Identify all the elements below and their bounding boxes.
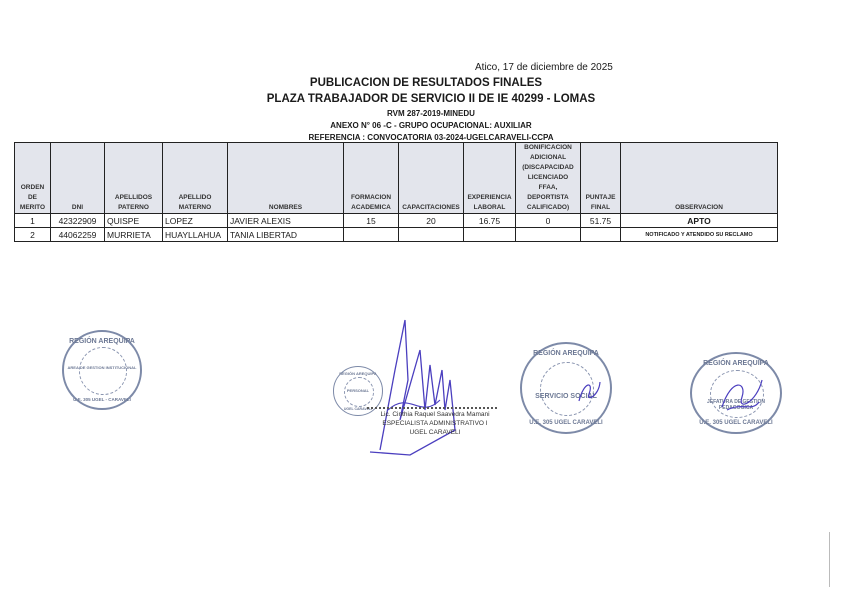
document-title: PUBLICACION DE RESULTADOS FINALES	[0, 77, 842, 89]
col-bonificacion: BONIFICACION ADICIONAL (DISCAPACIDAD LIC…	[516, 143, 581, 214]
seal-bottom-text: U.E. 305 UGEL - CARAVELI	[64, 397, 140, 402]
signature-line	[367, 407, 497, 409]
cell-puntaje	[581, 228, 621, 242]
cell-apellido-paterno: QUISPE	[105, 214, 163, 228]
cell-observacion: NOTIFICADO Y ATENDIDO SU RECLAMO	[621, 228, 778, 242]
initials-signature-icon	[717, 372, 767, 417]
rvm-reference: RVM 287-2019-MINEDU	[0, 109, 842, 118]
seal-bottom-text: U.E. 305 UGEL CARAVELI	[692, 420, 780, 426]
col-experiencia: EXPERIENCIA LABORAL	[464, 143, 516, 214]
handwritten-signature-icon	[350, 310, 470, 460]
official-seal: REGIÓN AREQUIPA AREA DE GESTION INSTITUC…	[62, 330, 142, 410]
initials-signature-icon	[574, 376, 604, 406]
cell-orden: 2	[15, 228, 51, 242]
col-dni: DNI	[51, 143, 105, 214]
table-header-row: ORDEN DE MERITO DNI APELLIDOS PATERNO AP…	[15, 143, 778, 214]
col-observacion: OBSERVACION	[621, 143, 778, 214]
col-capacitaciones: CAPACITACIONES	[399, 143, 464, 214]
results-table: ORDEN DE MERITO DNI APELLIDOS PATERNO AP…	[14, 142, 778, 242]
page-edge-divider	[829, 532, 830, 587]
seal-mid-text: AREA DE GESTION INSTITUCIONAL	[64, 365, 140, 370]
cell-dni: 42322909	[51, 214, 105, 228]
seal-top-text: REGIÓN AREQUIPA	[522, 350, 610, 357]
seal-bottom-text: U.E. 305 UGEL CARAVELI	[522, 420, 610, 426]
cell-apellido-paterno: MURRIETA	[105, 228, 163, 242]
signatory-name: Lic. Cinthia Raquel Saavedra Mamani	[345, 411, 525, 418]
col-apellido-materno: APELLIDO MATERNO	[163, 143, 228, 214]
cell-formacion: 15	[344, 214, 399, 228]
cell-capacitaciones: 20	[399, 214, 464, 228]
official-seal: REGIÓN AREQUIPA JEFATURA DE GESTION PEDA…	[690, 352, 782, 434]
signatory-office: UGEL CARAVELI	[345, 429, 525, 436]
table-row: 1 42322909 QUISPE LOPEZ JAVIER ALEXIS 15…	[15, 214, 778, 228]
col-formacion: FORMACION ACADEMICA	[344, 143, 399, 214]
document-date: Atico, 17 de diciembre de 2025	[475, 62, 613, 73]
cell-orden: 1	[15, 214, 51, 228]
col-orden: ORDEN DE MERITO	[15, 143, 51, 214]
cell-capacitaciones	[399, 228, 464, 242]
cell-dni: 44062259	[51, 228, 105, 242]
seal-top-text: REGIÓN AREQUIPA	[64, 338, 140, 345]
seal-top-text: REGIÓN AREQUIPA	[692, 360, 780, 367]
cell-experiencia: 16.75	[464, 214, 516, 228]
cell-bonificacion	[516, 228, 581, 242]
anexo-reference: ANEXO N° 06 -C - GRUPO OCUPACIONAL: AUXI…	[0, 121, 842, 130]
cell-bonificacion: 0	[516, 214, 581, 228]
cell-experiencia	[464, 228, 516, 242]
official-seal: REGIÓN AREQUIPA SERVICIO SOCIAL U.E. 305…	[520, 342, 612, 434]
cell-nombres: TANIA LIBERTAD	[228, 228, 344, 242]
col-nombres: NOMBRES	[228, 143, 344, 214]
cell-puntaje: 51.75	[581, 214, 621, 228]
cell-observacion: APTO	[621, 214, 778, 228]
convocatoria-reference: REFERENCIA : CONVOCATORIA 03-2024-UGELCA…	[0, 133, 842, 142]
col-puntaje: PUNTAJE FINAL	[581, 143, 621, 214]
col-apellido-paterno: APELLIDOS PATERNO	[105, 143, 163, 214]
cell-formacion	[344, 228, 399, 242]
cell-apellido-materno: HUAYLLAHUA	[163, 228, 228, 242]
document-subtitle: PLAZA TRABAJADOR DE SERVICIO II DE IE 40…	[0, 93, 842, 105]
signatory-role: ESPECIALISTA ADMINISTRATIVO I	[345, 420, 525, 427]
table-row: 2 44062259 MURRIETA HUAYLLAHUA TANIA LIB…	[15, 228, 778, 242]
seal-emblem-icon	[79, 347, 127, 395]
cell-apellido-materno: LOPEZ	[163, 214, 228, 228]
cell-nombres: JAVIER ALEXIS	[228, 214, 344, 228]
